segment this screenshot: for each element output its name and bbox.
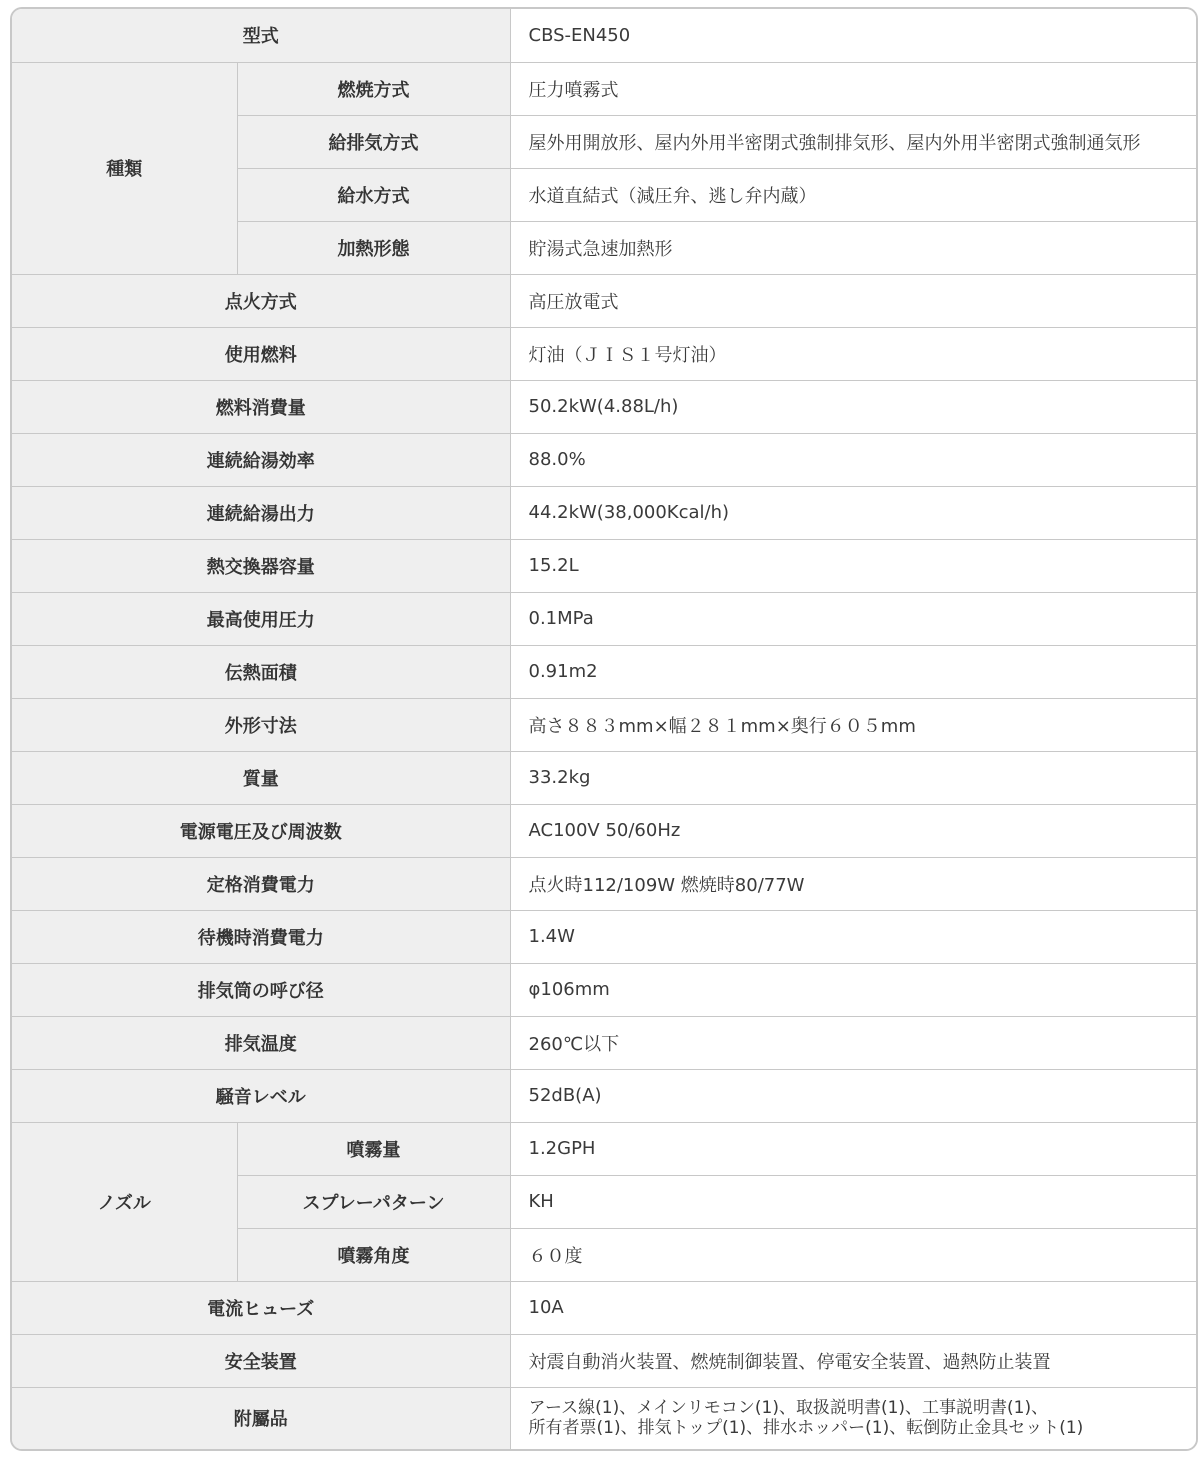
spec-label: 定格消費電力 (12, 857, 510, 910)
spec-value: 10A (510, 1281, 1196, 1334)
spec-row-combustion-method: 種類 燃焼方式 圧力噴霧式 (12, 62, 1196, 115)
spec-value: 対震自動消火装置、燃焼制御装置、停電安全装置、過熱防止装置 (510, 1334, 1196, 1387)
spec-row-model: 型式 CBS-EN450 (12, 9, 1196, 62)
spec-row-hot-water-output: 連続給湯出力 44.2kW(38,000Kcal/h) (12, 486, 1196, 539)
spec-value: ６０度 (510, 1228, 1196, 1281)
spec-row-standby-power: 待機時消費電力 1.4W (12, 910, 1196, 963)
spec-value-accessories: アース線(1)、メインリモコン(1)、取扱説明書(1)、工事説明書(1)、 所有… (510, 1387, 1196, 1449)
spec-row-fuse: 電流ヒューズ 10A (12, 1281, 1196, 1334)
accessories-line-2: 所有者票(1)、排気トップ(1)、排水ホッパー(1)、転倒防止金具セット(1) (529, 1418, 1187, 1438)
spec-value: 灯油（ＪＩＳ１号灯油） (510, 327, 1196, 380)
spec-row-safety-devices: 安全装置 対震自動消火装置、燃焼制御装置、停電安全装置、過熱防止装置 (12, 1334, 1196, 1387)
spec-value: 0.1MPa (510, 592, 1196, 645)
spec-value: 33.2kg (510, 751, 1196, 804)
spec-value: 貯湯式急速加熱形 (510, 221, 1196, 274)
spec-row-fuel: 使用燃料 灯油（ＪＩＳ１号灯油） (12, 327, 1196, 380)
spec-label: 待機時消費電力 (12, 910, 510, 963)
spec-label: 伝熱面積 (12, 645, 510, 698)
spec-label: 安全装置 (12, 1334, 510, 1387)
spec-value: 52dB(A) (510, 1069, 1196, 1122)
spec-value: 260℃以下 (510, 1016, 1196, 1069)
spec-label: 騒音レベル (12, 1069, 510, 1122)
spec-row-dimensions: 外形寸法 高さ８８３mm×幅２８１mm×奥行６０５mm (12, 698, 1196, 751)
spec-row-exhaust-temperature: 排気温度 260℃以下 (12, 1016, 1196, 1069)
spec-table-container: 型式 CBS-EN450 種類 燃焼方式 圧力噴霧式 給排気方式 屋外用開放形、… (10, 7, 1198, 1451)
spec-value: 高圧放電式 (510, 274, 1196, 327)
spec-sublabel: 噴霧角度 (237, 1228, 510, 1281)
spec-value: 圧力噴霧式 (510, 62, 1196, 115)
spec-value: 44.2kW(38,000Kcal/h) (510, 486, 1196, 539)
spec-group-label-type: 種類 (12, 62, 237, 274)
spec-label: 熱交換器容量 (12, 539, 510, 592)
spec-row-max-pressure: 最高使用圧力 0.1MPa (12, 592, 1196, 645)
spec-label: 型式 (12, 9, 510, 62)
spec-value: φ106mm (510, 963, 1196, 1016)
spec-label: 燃料消費量 (12, 380, 510, 433)
spec-row-power-supply: 電源電圧及び周波数 AC100V 50/60Hz (12, 804, 1196, 857)
spec-label: 連続給湯出力 (12, 486, 510, 539)
spec-label: 連続給湯効率 (12, 433, 510, 486)
spec-sublabel: 給水方式 (237, 168, 510, 221)
spec-value: 水道直結式（減圧弁、逃し弁内蔵） (510, 168, 1196, 221)
spec-value: 1.4W (510, 910, 1196, 963)
spec-value: KH (510, 1175, 1196, 1228)
spec-label: 電源電圧及び周波数 (12, 804, 510, 857)
spec-label: 排気温度 (12, 1016, 510, 1069)
spec-sublabel: 噴霧量 (237, 1122, 510, 1175)
spec-row-rated-power: 定格消費電力 点火時112/109W 燃焼時80/77W (12, 857, 1196, 910)
spec-sublabel: 給排気方式 (237, 115, 510, 168)
spec-value: 88.0% (510, 433, 1196, 486)
spec-row-hot-water-efficiency: 連続給湯効率 88.0% (12, 433, 1196, 486)
spec-value: AC100V 50/60Hz (510, 804, 1196, 857)
spec-row-accessories: 附屬品 アース線(1)、メインリモコン(1)、取扱説明書(1)、工事説明書(1)… (12, 1387, 1196, 1449)
spec-sublabel: 加熱形態 (237, 221, 510, 274)
spec-row-heat-exchanger-capacity: 熱交換器容量 15.2L (12, 539, 1196, 592)
spec-value: 50.2kW(4.88L/h) (510, 380, 1196, 433)
spec-value: CBS-EN450 (510, 9, 1196, 62)
spec-sublabel: スプレーパターン (237, 1175, 510, 1228)
spec-value: 高さ８８３mm×幅２８１mm×奥行６０５mm (510, 698, 1196, 751)
spec-row-noise-level: 騒音レベル 52dB(A) (12, 1069, 1196, 1122)
spec-label: 点火方式 (12, 274, 510, 327)
spec-group-label-nozzle: ノズル (12, 1122, 237, 1281)
spec-table: 型式 CBS-EN450 種類 燃焼方式 圧力噴霧式 給排気方式 屋外用開放形、… (12, 9, 1196, 1449)
spec-value: 屋外用開放形、屋内外用半密閉式強制排気形、屋内外用半密閉式強制通気形 (510, 115, 1196, 168)
spec-value: 1.2GPH (510, 1122, 1196, 1175)
spec-row-ignition-method: 点火方式 高圧放電式 (12, 274, 1196, 327)
spec-label: 最高使用圧力 (12, 592, 510, 645)
spec-label: 附屬品 (12, 1387, 510, 1449)
spec-label: 使用燃料 (12, 327, 510, 380)
spec-label: 外形寸法 (12, 698, 510, 751)
spec-label: 電流ヒューズ (12, 1281, 510, 1334)
spec-row-spray-amount: ノズル 噴霧量 1.2GPH (12, 1122, 1196, 1175)
spec-sublabel: 燃焼方式 (237, 62, 510, 115)
spec-label: 排気筒の呼び径 (12, 963, 510, 1016)
spec-row-fuel-consumption: 燃料消費量 50.2kW(4.88L/h) (12, 380, 1196, 433)
spec-row-mass: 質量 33.2kg (12, 751, 1196, 804)
spec-value: 点火時112/109W 燃焼時80/77W (510, 857, 1196, 910)
spec-label: 質量 (12, 751, 510, 804)
accessories-line-1: アース線(1)、メインリモコン(1)、取扱説明書(1)、工事説明書(1)、 (529, 1398, 1187, 1418)
spec-row-flue-diameter: 排気筒の呼び径 φ106mm (12, 963, 1196, 1016)
spec-row-heat-transfer-area: 伝熱面積 0.91m2 (12, 645, 1196, 698)
spec-value: 15.2L (510, 539, 1196, 592)
spec-value: 0.91m2 (510, 645, 1196, 698)
